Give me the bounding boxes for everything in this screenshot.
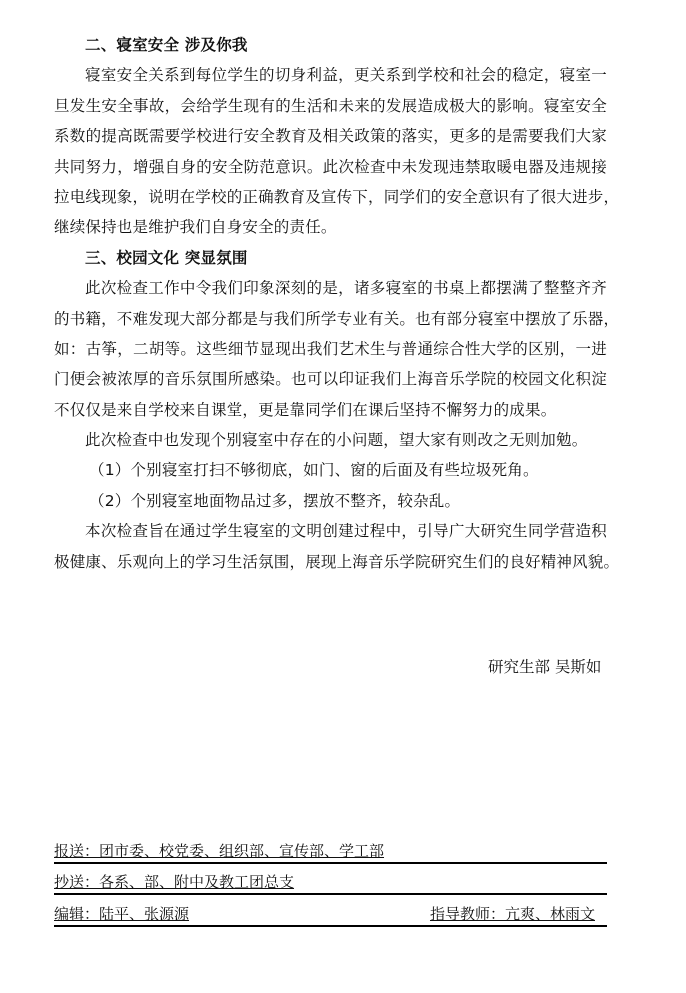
issue-item: （2）个别寝室地面物品过多，摆放不整齐，较杂乱。	[54, 486, 607, 516]
paragraph-line: 拉电线现象，说明在学校的正确教育及宣传下，同学们的安全意识有了很大进步，	[54, 182, 607, 212]
closing-line: 本次检查旨在通过学生寝室的文明创建过程中，引导广大研究生同学营造积	[54, 516, 607, 546]
editors: 编辑：陆平、张源源	[54, 905, 189, 923]
paragraph-line: 旦发生安全事故，会给学生现有的生活和未来的发展造成极大的影响。寝室安全	[54, 91, 607, 121]
copy-to: 抄送：各系、部、附中及教工团总支	[54, 873, 294, 891]
closing-line: 极健康、乐观向上的学习生活氛围，展现上海音乐学院研究生们的良好精神风貌。	[54, 547, 607, 577]
paragraph-line: 共同努力，增强自身的安全防范意识。此次检查中未发现违禁取暖电器及违规接	[54, 152, 607, 182]
document-body: 二、寝室安全 涉及你我 寝室安全关系到每位学生的切身利益，更关系到学校和社会的稳…	[54, 30, 607, 577]
report-to: 报送：团市委、校党委、组织部、宣传部、学工部	[54, 842, 384, 860]
issue-item: （1）个别寝室打扫不够彻底，如门、窗的后面及有些垃圾死角。	[54, 455, 607, 485]
section-heading-dorm-safety: 二、寝室安全 涉及你我	[54, 30, 607, 60]
editors-row: 编辑：陆平、张源源 指导教师：亢爽、林雨文	[54, 903, 607, 927]
paragraph-line: 继续保持也是维护我们自身安全的责任。	[54, 212, 607, 242]
issues-intro: 此次检查中也发现个别寝室中存在的小问题，望大家有则改之无则加勉。	[54, 425, 607, 455]
paragraph-line: 系数的提高既需要学校进行安全教育及相关政策的落实，更多的是需要我们大家	[54, 121, 607, 151]
paragraph-line: 寝室安全关系到每位学生的切身利益，更关系到学校和社会的稳定，寝室一	[54, 60, 607, 90]
paragraph-line: 的书籍，不难发现大部分都是与我们所学专业有关。也有部分寝室中摆放了乐器，	[54, 304, 607, 334]
paragraph-line: 此次检查工作中令我们印象深刻的是，诸多寝室的书桌上都摆满了整整齐齐	[54, 273, 607, 303]
copy-to-row: 抄送：各系、部、附中及教工团总支	[54, 871, 607, 895]
section-heading-campus-culture: 三、校园文化 突显氛围	[54, 243, 607, 273]
paragraph-line: 门便会被浓厚的音乐氛围所感染。也可以印证我们上海音乐学院的校园文化积淀	[54, 364, 607, 394]
signature: 研究生部 吴斯如	[488, 655, 601, 677]
paragraph-line: 如：古筝，二胡等。这些细节显现出我们艺术生与普通综合性大学的区别，一进	[54, 334, 607, 364]
report-to-row: 报送：团市委、校党委、组织部、宣传部、学工部	[54, 840, 607, 864]
advisors: 指导教师：亢爽、林雨文	[430, 903, 595, 924]
paragraph-line: 不仅仅是来自学校来自课堂，更是靠同学们在课后坚持不懈努力的成果。	[54, 395, 607, 425]
